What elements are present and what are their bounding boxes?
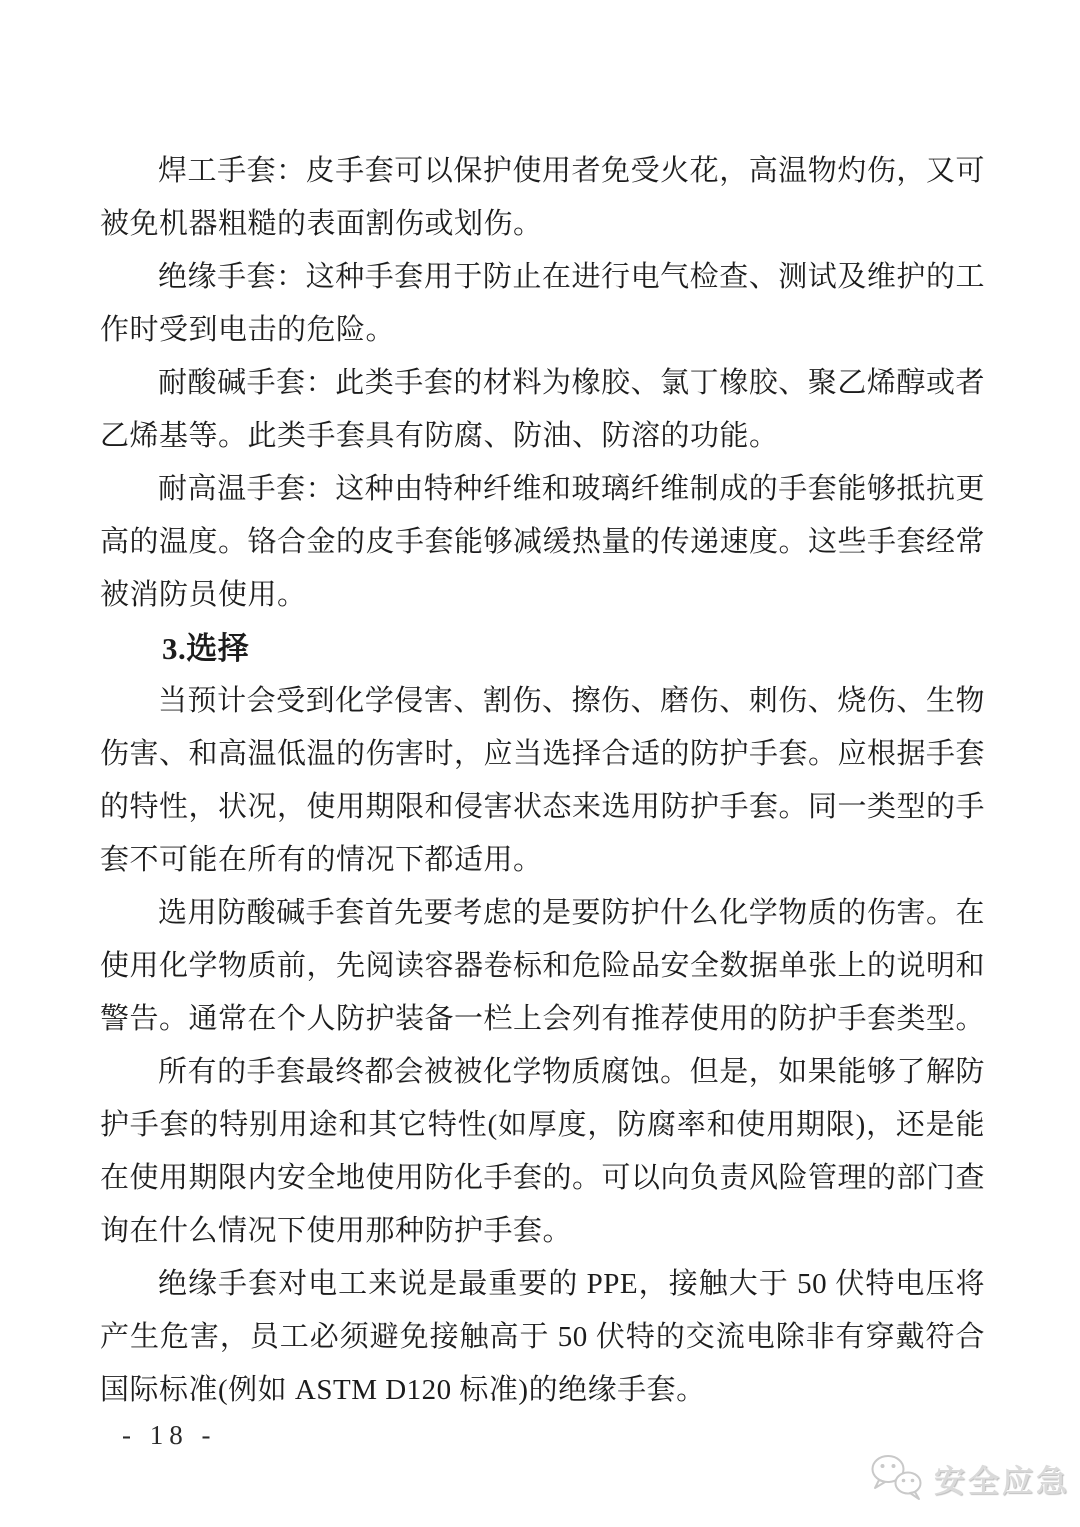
page-number: - 18 - [122,1420,216,1451]
watermark-text: 安全应急 [934,1456,1070,1501]
text-line: 的特性，状况，使用期限和侵害状态来选用防护手套。同一类型的手 [100,781,985,834]
text-line: 耐高温手套：这种由特种纤维和玻璃纤维制成的手套能够抵抗更 [100,463,985,516]
text-line: 3.选择 [100,622,985,675]
section-heading: 3.选择 [100,622,985,675]
paragraph: 当预计会受到化学侵害、割伤、擦伤、磨伤、刺伤、烧伤、生物伤害、和高温低温的伤害时… [100,675,985,887]
paragraph: 所有的手套最终都会被被化学物质腐蚀。但是，如果能够了解防护手套的特别用途和其它特… [100,1046,985,1258]
text-line: 护手套的特别用途和其它特性(如厚度，防腐率和使用期限)，还是能 [100,1099,985,1152]
document-body: 焊工手套：皮手套可以保护使用者免受火花，高温物灼伤，又可被免机器粗糙的表面割伤或… [100,145,985,1417]
text-line: 高的温度。铬合金的皮手套能够减缓热量的传递速度。这些手套经常 [100,516,985,569]
text-line: 被消防员使用。 [100,569,985,622]
watermark: 安全应急 [866,1452,1070,1504]
text-line: 套不可能在所有的情况下都适用。 [100,834,985,887]
text-line: 使用化学物质前，先阅读容器卷标和危险品安全数据单张上的说明和 [100,940,985,993]
paragraph: 耐酸碱手套：此类手套的材料为橡胶、氯丁橡胶、聚乙烯醇或者乙烯基等。此类手套具有防… [100,357,985,463]
paragraph: 焊工手套：皮手套可以保护使用者免受火花，高温物灼伤，又可被免机器粗糙的表面割伤或… [100,145,985,251]
text-line: 耐酸碱手套：此类手套的材料为橡胶、氯丁橡胶、聚乙烯醇或者 [100,357,985,410]
text-line: 询在什么情况下使用那种防护手套。 [100,1205,985,1258]
text-line: 绝缘手套：这种手套用于防止在进行电气检查、测试及维护的工 [100,251,985,304]
text-line: 被免机器粗糙的表面割伤或划伤。 [100,198,985,251]
text-line: 焊工手套：皮手套可以保护使用者免受火花，高温物灼伤，又可 [100,145,985,198]
text-line: 在使用期限内安全地使用防化手套的。可以向负责风险管理的部门查 [100,1152,985,1205]
wechat-icon [866,1452,928,1504]
document-page: 焊工手套：皮手套可以保护使用者免受火花，高温物灼伤，又可被免机器粗糙的表面割伤或… [0,0,1080,1527]
paragraph: 绝缘手套：这种手套用于防止在进行电气检查、测试及维护的工作时受到电击的危险。 [100,251,985,357]
text-line: 当预计会受到化学侵害、割伤、擦伤、磨伤、刺伤、烧伤、生物 [100,675,985,728]
paragraph: 绝缘手套对电工来说是最重要的 PPE，接触大于 50 伏特电压将产生危害，员工必… [100,1258,985,1417]
paragraph: 耐高温手套：这种由特种纤维和玻璃纤维制成的手套能够抵抗更高的温度。铬合金的皮手套… [100,463,985,622]
text-line: 产生危害，员工必须避免接触高于 50 伏特的交流电除非有穿戴符合 [100,1311,985,1364]
text-line: 所有的手套最终都会被被化学物质腐蚀。但是，如果能够了解防 [100,1046,985,1099]
text-line: 国际标准(例如 ASTM D120 标准)的绝缘手套。 [100,1364,985,1417]
text-line: 绝缘手套对电工来说是最重要的 PPE，接触大于 50 伏特电压将 [100,1258,985,1311]
text-line: 选用防酸碱手套首先要考虑的是要防护什么化学物质的伤害。在 [100,887,985,940]
paragraph: 选用防酸碱手套首先要考虑的是要防护什么化学物质的伤害。在使用化学物质前，先阅读容… [100,887,985,1046]
text-line: 伤害、和高温低温的伤害时，应当选择合适的防护手套。应根据手套 [100,728,985,781]
text-line: 作时受到电击的危险。 [100,304,985,357]
text-line: 乙烯基等。此类手套具有防腐、防油、防溶的功能。 [100,410,985,463]
text-line: 警告。通常在个人防护装备一栏上会列有推荐使用的防护手套类型。 [100,993,985,1046]
